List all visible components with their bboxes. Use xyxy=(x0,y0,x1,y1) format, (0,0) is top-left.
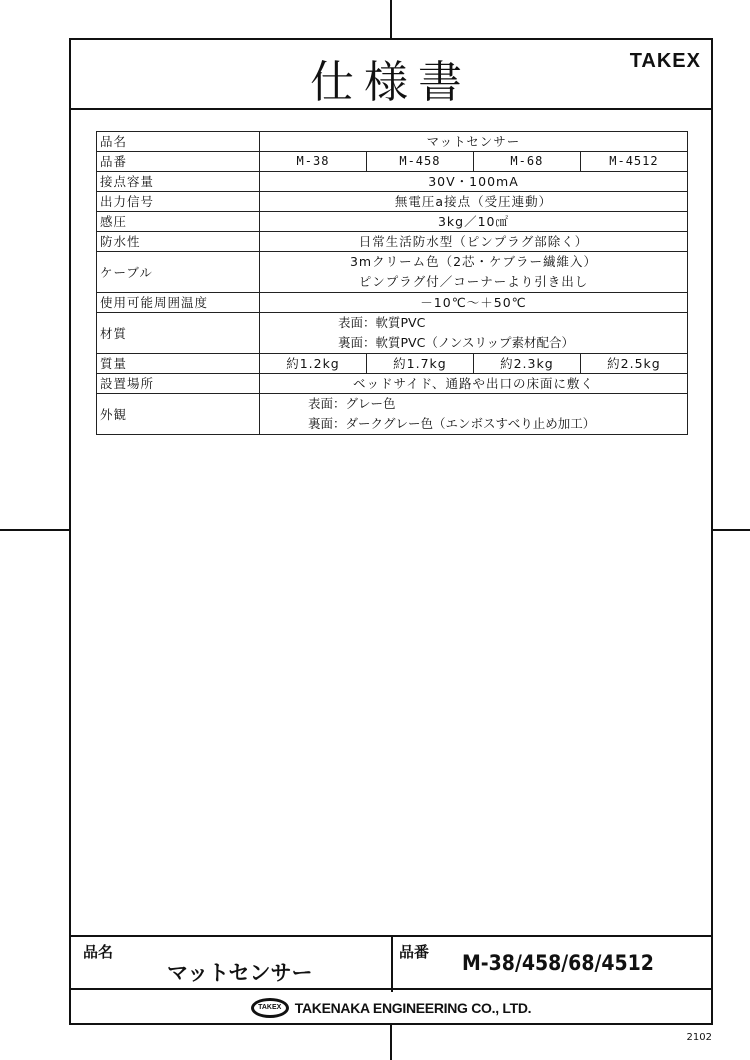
crop-mark-bottom xyxy=(390,1025,392,1060)
row-value: マットセンサー xyxy=(260,132,688,152)
table-row: 品名 マットセンサー xyxy=(97,132,688,152)
page-number: 2102 xyxy=(687,1032,712,1043)
model-cell: M-38 xyxy=(260,152,367,172)
row-value: 表面：グレー色 裏面：ダークグレー色（エンボスすべり止め加工） xyxy=(260,394,688,435)
row-label: 質量 xyxy=(97,354,260,374)
value-line: 3mクリーム色（2芯・ケブラー繊維入） xyxy=(263,252,684,272)
brand-logo: TAKEX xyxy=(630,50,701,73)
weight-cell: 約2.5kg xyxy=(580,354,687,374)
weight-cell: 約1.7kg xyxy=(366,354,473,374)
row-value: ベッドサイド、通路や出口の床面に敷く xyxy=(260,374,688,394)
product-name-value: マットセンサー xyxy=(167,957,313,987)
product-number-label: 品番 xyxy=(399,941,429,962)
row-label: 外観 xyxy=(97,394,260,435)
row-label: 設置場所 xyxy=(97,374,260,394)
row-label: ケーブル xyxy=(97,252,260,293)
value-line: 裏面：軟質PVC（ノンスリップ素材配合） xyxy=(338,333,684,353)
table-row: 出力信号 無電圧a接点（受圧連動） xyxy=(97,192,688,212)
value-line: 裏面：ダークグレー色（エンボスすべり止め加工） xyxy=(308,414,684,434)
row-value: －10℃～＋50℃ xyxy=(260,293,688,313)
row-value: 日常生活防水型（ピンプラグ部除く） xyxy=(260,232,688,252)
row-label: 接点容量 xyxy=(97,172,260,192)
row-label: 感圧 xyxy=(97,212,260,232)
table-row: ケーブル 3mクリーム色（2芯・ケブラー繊維入） ピンプラグ付／コーナーより引き… xyxy=(97,252,688,293)
table-row: 質量 約1.2kg 約1.7kg 約2.3kg 約2.5kg xyxy=(97,354,688,374)
company-row: TAKEX TAKENAKA ENGINEERING CO., LTD. xyxy=(69,990,713,1025)
document-title: 仕様書 xyxy=(71,46,711,110)
row-label: 品名 xyxy=(97,132,260,152)
table-row: 材質 表面：軟質PVC 裏面：軟質PVC（ノンスリップ素材配合） xyxy=(97,313,688,354)
table-row: 外観 表面：グレー色 裏面：ダークグレー色（エンボスすべり止め加工） xyxy=(97,394,688,435)
table-row: 使用可能周囲温度 －10℃～＋50℃ xyxy=(97,293,688,313)
row-value: 無電圧a接点（受圧連動） xyxy=(260,192,688,212)
product-number-value: M-38/458/68/4512 xyxy=(462,951,654,975)
row-label: 品番 xyxy=(97,152,260,172)
divider xyxy=(391,937,393,992)
value-line: 表面：軟質PVC xyxy=(338,313,684,333)
row-label: 出力信号 xyxy=(97,192,260,212)
crop-mark-top xyxy=(390,0,392,38)
row-value: 30V・100mA xyxy=(260,172,688,192)
crop-mark-right xyxy=(713,529,750,531)
model-cell: M-4512 xyxy=(580,152,687,172)
title-block: 品名 マットセンサー 品番 M-38/458/68/4512 TAKEX TAK… xyxy=(69,935,713,1025)
value-line: ピンプラグ付／コーナーより引き出し xyxy=(263,272,684,292)
spec-table: 品名 マットセンサー 品番 M-38 M-458 M-68 M-4512 接点容… xyxy=(96,131,688,435)
table-row: 防水性 日常生活防水型（ピンプラグ部除く） xyxy=(97,232,688,252)
company-name: TAKENAKA ENGINEERING CO., LTD. xyxy=(295,1000,532,1016)
title-block-info: 品名 マットセンサー 品番 M-38/458/68/4512 xyxy=(69,935,713,990)
title-bar: 仕様書 TAKEX xyxy=(71,40,711,110)
model-cell: M-68 xyxy=(473,152,580,172)
row-value: 3kg／10㎠ xyxy=(260,212,688,232)
table-row: 品番 M-38 M-458 M-68 M-4512 xyxy=(97,152,688,172)
table-row: 設置場所 ベッドサイド、通路や出口の床面に敷く xyxy=(97,374,688,394)
table-row: 感圧 3kg／10㎠ xyxy=(97,212,688,232)
weight-cell: 約1.2kg xyxy=(260,354,367,374)
product-name-label: 品名 xyxy=(83,941,113,962)
row-label: 防水性 xyxy=(97,232,260,252)
row-label: 材質 xyxy=(97,313,260,354)
crop-mark-left xyxy=(0,529,69,531)
row-label: 使用可能周囲温度 xyxy=(97,293,260,313)
model-cell: M-458 xyxy=(366,152,473,172)
value-line: 表面：グレー色 xyxy=(308,394,684,414)
row-value: 表面：軟質PVC 裏面：軟質PVC（ノンスリップ素材配合） xyxy=(260,313,688,354)
weight-cell: 約2.3kg xyxy=(473,354,580,374)
company-logo-icon: TAKEX xyxy=(251,998,289,1018)
table-row: 接点容量 30V・100mA xyxy=(97,172,688,192)
row-value: 3mクリーム色（2芯・ケブラー繊維入） ピンプラグ付／コーナーより引き出し xyxy=(260,252,688,293)
